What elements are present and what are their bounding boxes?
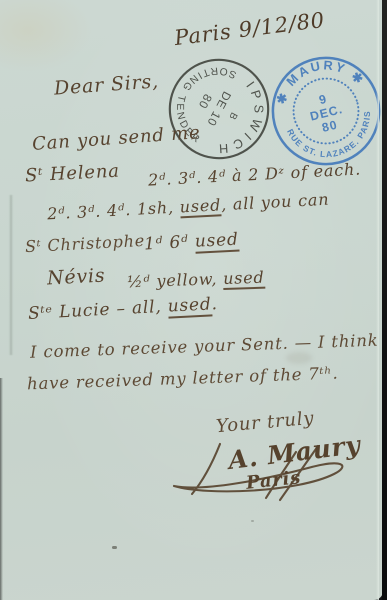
ipswich-postmark-index-letter: B <box>226 110 239 122</box>
scan-background-edge-left <box>0 378 3 600</box>
ink-speck <box>112 546 117 549</box>
handwritten-dateline: Paris 9/12/80 <box>173 8 326 50</box>
body-line-1: I come to receive your Sent. — I think y… <box>30 329 387 361</box>
order-line-st-christopher-prices: 1ᵈ 6ᵈ used <box>144 230 240 255</box>
lucia-period: . <box>211 294 218 314</box>
lucia-text: Sᵗᵉ Lucie – all, <box>28 297 169 324</box>
scan-background-edge-right <box>382 0 387 600</box>
order-line-st-lucia: Sᵗᵉ Lucie – all, used. <box>28 294 219 324</box>
maury-blue-cachet: ✱ MAURY ✱ RUE ST. LAZARE. PARIS 9 DEC. 8… <box>267 52 385 170</box>
lucia-used-word: used <box>167 294 212 318</box>
christopher-used-word: used <box>194 230 239 254</box>
body-line-2: have received my letter of the 7ᵗʰ. <box>27 364 339 394</box>
scanned-postcard-page: Paris 9/12/80 Dear Sirs, IPSWICH SORTING… <box>0 0 387 600</box>
maury-cachet-year: 80 <box>321 118 340 135</box>
ipswich-postmark: IPSWICH SORTING TENDER B DE 10 80 <box>160 50 278 168</box>
salutation: Dear Sirs, <box>53 70 159 99</box>
christopher-prices: 1ᵈ 6ᵈ <box>144 232 196 255</box>
paper-smudge <box>286 352 312 364</box>
helena-continued-used-word: used <box>179 195 221 218</box>
postcard: Paris 9/12/80 Dear Sirs, IPSWICH SORTING… <box>0 0 383 600</box>
helena-continued-prices: 2ᵈ. 3ᵈ. 4ᵈ. 1sh, <box>47 197 181 223</box>
nevis-prices: ½ᵈ yellow, <box>127 269 224 291</box>
ink-speck <box>251 520 254 522</box>
order-line-nevis-name: Névis <box>46 264 106 289</box>
nevis-used-word: used <box>223 268 265 290</box>
order-line-st-helena-name: Sᵗ Helena <box>25 161 121 187</box>
card-edge-highlight <box>376 0 379 600</box>
order-line-st-helena-continued: 2ᵈ. 3ᵈ. 4ᵈ. 1sh, used, all you can <box>47 190 330 224</box>
paper-crease <box>9 195 13 355</box>
order-line-st-christopher-name: Sᵗ Christophe <box>25 231 146 256</box>
order-line-nevis-prices: ½ᵈ yellow, used <box>127 268 265 292</box>
helena-continued-tail: , all you can <box>221 190 330 215</box>
